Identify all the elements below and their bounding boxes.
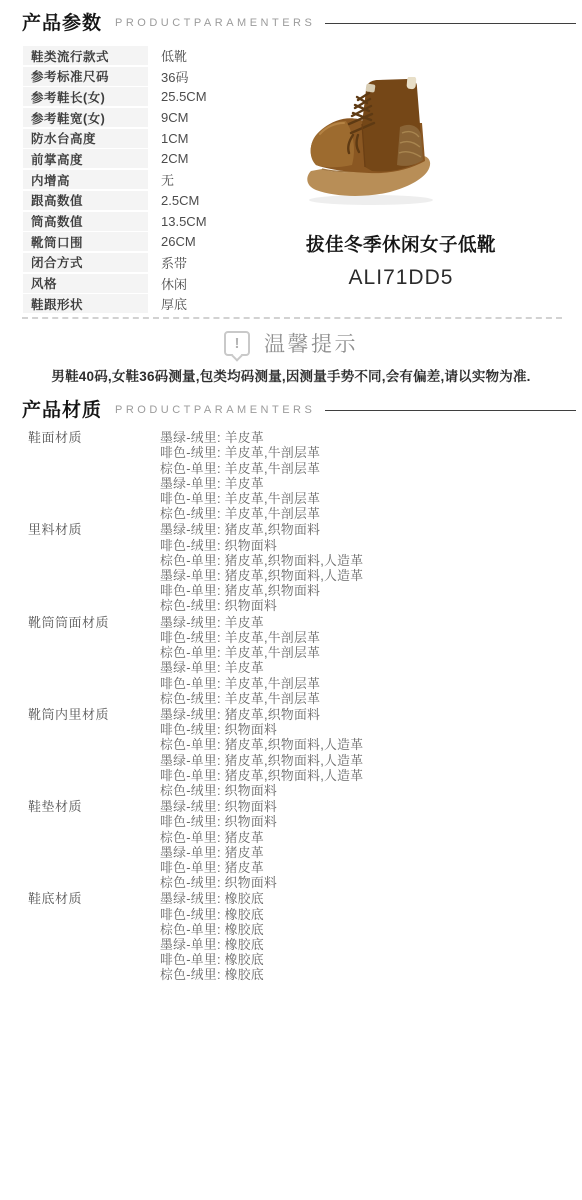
material-label: 鞋底材质 [28,891,160,982]
parameter-label: 鞋类流行款式 [23,46,148,65]
parameter-value: 26CM [161,232,196,251]
parameter-value: 无 [161,170,174,189]
table-row: 鞋类流行款式 低靴 [23,46,293,65]
material-line: 啡色-单里: 猪皮革 [160,860,277,875]
header-rule [325,410,576,411]
material-line: 啡色-绒里: 织物面料 [160,722,363,737]
bubble-tail [231,350,242,361]
material-line: 棕色-绒里: 羊皮革,牛剖层革 [160,691,320,706]
parameters-table: 鞋类流行款式 低靴 参考标准尺码 36码 参考鞋长(女) 25.5CM 参考鞋宽… [23,46,293,313]
parameter-label: 跟高数值 [23,191,148,210]
materials-list: 鞋面材质 墨绿-绒里: 羊皮革啡色-绒里: 羊皮革,牛剖层革棕色-单里: 羊皮革… [28,430,582,982]
product-showcase: 拔佳冬季休闲女子低靴 ALI71DD5 [270,55,532,290]
material-line: 墨绿-绒里: 猪皮革,织物面料 [160,522,363,537]
section-title-materials: 产品材质 [22,395,102,422]
parameter-label: 风格 [23,274,148,293]
material-line: 墨绿-单里: 羊皮革 [160,660,320,675]
header-rule [325,23,576,24]
section-subtitle-parameters: PRODUCTPARAMENTERS [115,17,315,29]
material-block: 鞋面材质 墨绿-绒里: 羊皮革啡色-绒里: 羊皮革,牛剖层革棕色-单里: 羊皮革… [28,430,582,521]
material-line: 棕色-单里: 羊皮革,牛剖层革 [160,461,320,476]
parameter-label: 防水台高度 [23,129,148,148]
material-line: 棕色-绒里: 织物面料 [160,598,363,613]
table-row: 内增高 无 [23,170,293,189]
product-model-code: ALI71DD5 [270,266,532,290]
section-header-parameters: 产品参数 PRODUCTPARAMENTERS [0,9,582,33]
material-line: 啡色-单里: 羊皮革,牛剖层革 [160,491,320,506]
material-line: 棕色-单里: 猪皮革 [160,830,277,845]
section-subtitle-materials: PRODUCTPARAMENTERS [115,404,315,416]
material-block: 靴筒筒面材质 墨绿-绒里: 羊皮革啡色-绒里: 羊皮革,牛剖层革棕色-单里: 羊… [28,615,582,706]
parameter-label: 内增高 [23,170,148,189]
exclamation-glyph: ! [235,336,240,351]
material-line: 棕色-绒里: 织物面料 [160,875,277,890]
parameter-value: 低靴 [161,46,187,65]
dashed-divider [22,317,562,319]
material-line: 墨绿-绒里: 羊皮革 [160,615,320,630]
material-block: 里料材质 墨绿-绒里: 猪皮革,织物面料啡色-绒里: 织物面料棕色-单里: 猪皮… [28,522,582,613]
parameter-label: 鞋跟形状 [23,294,148,313]
material-line: 棕色-单里: 羊皮革,牛剖层革 [160,645,320,660]
table-row: 跟高数值 2.5CM [23,191,293,210]
material-line: 墨绿-绒里: 织物面料 [160,799,277,814]
material-line: 棕色-单里: 猪皮革,织物面料,人造革 [160,737,363,752]
material-line: 啡色-绒里: 羊皮革,牛剖层革 [160,630,320,645]
product-photo-boot [303,77,453,207]
material-line: 棕色-单里: 橡胶底 [160,922,264,937]
material-line: 啡色-单里: 猪皮革,织物面料 [160,583,363,598]
table-row: 参考标准尺码 36码 [23,67,293,86]
parameter-value: 1CM [161,129,188,148]
material-values: 墨绿-绒里: 织物面料啡色-绒里: 织物面料棕色-单里: 猪皮革墨绿-单里: 猪… [160,799,277,890]
material-line: 墨绿-绒里: 羊皮革 [160,430,320,445]
material-line: 啡色-单里: 橡胶底 [160,952,264,967]
material-line: 墨绿-单里: 橡胶底 [160,937,264,952]
table-row: 靴筒口围 26CM [23,232,293,251]
material-line: 啡色-绒里: 橡胶底 [160,907,264,922]
material-line: 啡色-单里: 羊皮革,牛剖层革 [160,676,320,691]
material-block: 靴筒内里材质 墨绿-绒里: 猪皮革,织物面料啡色-绒里: 织物面料棕色-单里: … [28,707,582,798]
material-label: 鞋垫材质 [28,799,160,890]
parameter-value: 36码 [161,67,188,86]
table-row: 防水台高度 1CM [23,129,293,148]
material-line: 棕色-单里: 猪皮革,织物面料,人造革 [160,553,363,568]
parameter-label: 参考标准尺码 [23,67,148,86]
material-label: 鞋面材质 [28,430,160,521]
parameter-value: 13.5CM [161,212,207,231]
table-row: 风格 休闲 [23,274,293,293]
material-line: 墨绿-单里: 猪皮革,织物面料,人造革 [160,568,363,583]
section-title-parameters: 产品参数 [22,8,102,35]
material-line: 啡色-绒里: 羊皮革,牛剖层革 [160,445,320,460]
measurement-note: 男鞋40码,女鞋36码测量,包类均码测量,因测量手势不同,会有偏差,请以实物为准… [0,365,582,385]
material-values: 墨绿-绒里: 羊皮革啡色-绒里: 羊皮革,牛剖层革棕色-单里: 羊皮革,牛剖层革… [160,430,320,521]
section-header-materials: 产品材质 PRODUCTPARAMENTERS [0,396,582,420]
material-line: 啡色-绒里: 织物面料 [160,814,277,829]
parameter-label: 参考鞋宽(女) [23,108,148,127]
parameter-label: 前掌高度 [23,149,148,168]
material-values: 墨绿-绒里: 猪皮革,织物面料啡色-绒里: 织物面料棕色-单里: 猪皮革,织物面… [160,522,363,613]
parameter-label: 参考鞋长(女) [23,87,148,106]
material-values: 墨绿-绒里: 猪皮革,织物面料啡色-绒里: 织物面料棕色-单里: 猪皮革,织物面… [160,707,363,798]
material-label: 里料材质 [28,522,160,613]
table-row: 参考鞋宽(女) 9CM [23,108,293,127]
product-name: 拔佳冬季休闲女子低靴 [270,231,532,257]
material-line: 棕色-绒里: 羊皮革,牛剖层革 [160,506,320,521]
table-row: 筒高数值 13.5CM [23,212,293,231]
tips-title: 温馨提示 [264,328,358,358]
material-label: 靴筒筒面材质 [28,615,160,706]
material-line: 墨绿-单里: 羊皮革 [160,476,320,491]
parameter-value: 9CM [161,108,188,127]
material-line: 墨绿-绒里: 猪皮革,织物面料 [160,707,363,722]
parameter-value: 休闲 [161,274,187,293]
material-line: 墨绿-单里: 猪皮革,织物面料,人造革 [160,753,363,768]
parameter-value: 厚底 [161,294,187,313]
parameter-value: 2.5CM [161,191,199,210]
exclamation-bubble-icon: ! [224,331,250,356]
parameter-label: 闭合方式 [23,253,148,272]
material-line: 棕色-绒里: 织物面料 [160,783,363,798]
table-row: 参考鞋长(女) 25.5CM [23,87,293,106]
table-row: 前掌高度 2CM [23,149,293,168]
material-block: 鞋垫材质 墨绿-绒里: 织物面料啡色-绒里: 织物面料棕色-单里: 猪皮革墨绿-… [28,799,582,890]
tips-header: ! 温馨提示 [0,327,582,359]
parameter-label: 靴筒口围 [23,232,148,251]
table-row: 闭合方式 系带 [23,253,293,272]
material-line: 啡色-绒里: 织物面料 [160,538,363,553]
material-line: 墨绿-单里: 猪皮革 [160,845,277,860]
table-row: 鞋跟形状 厚底 [23,294,293,313]
material-values: 墨绿-绒里: 橡胶底啡色-绒里: 橡胶底棕色-单里: 橡胶底墨绿-单里: 橡胶底… [160,891,264,982]
parameter-label: 筒高数值 [23,212,148,231]
material-line: 墨绿-绒里: 橡胶底 [160,891,264,906]
parameter-value: 系带 [161,253,187,272]
material-values: 墨绿-绒里: 羊皮革啡色-绒里: 羊皮革,牛剖层革棕色-单里: 羊皮革,牛剖层革… [160,615,320,706]
parameter-value: 2CM [161,149,188,168]
material-block: 鞋底材质 墨绿-绒里: 橡胶底啡色-绒里: 橡胶底棕色-单里: 橡胶底墨绿-单里… [28,891,582,982]
material-line: 棕色-绒里: 橡胶底 [160,967,264,982]
material-label: 靴筒内里材质 [28,707,160,798]
material-line: 啡色-单里: 猪皮革,织物面料,人造革 [160,768,363,783]
parameter-value: 25.5CM [161,87,207,106]
